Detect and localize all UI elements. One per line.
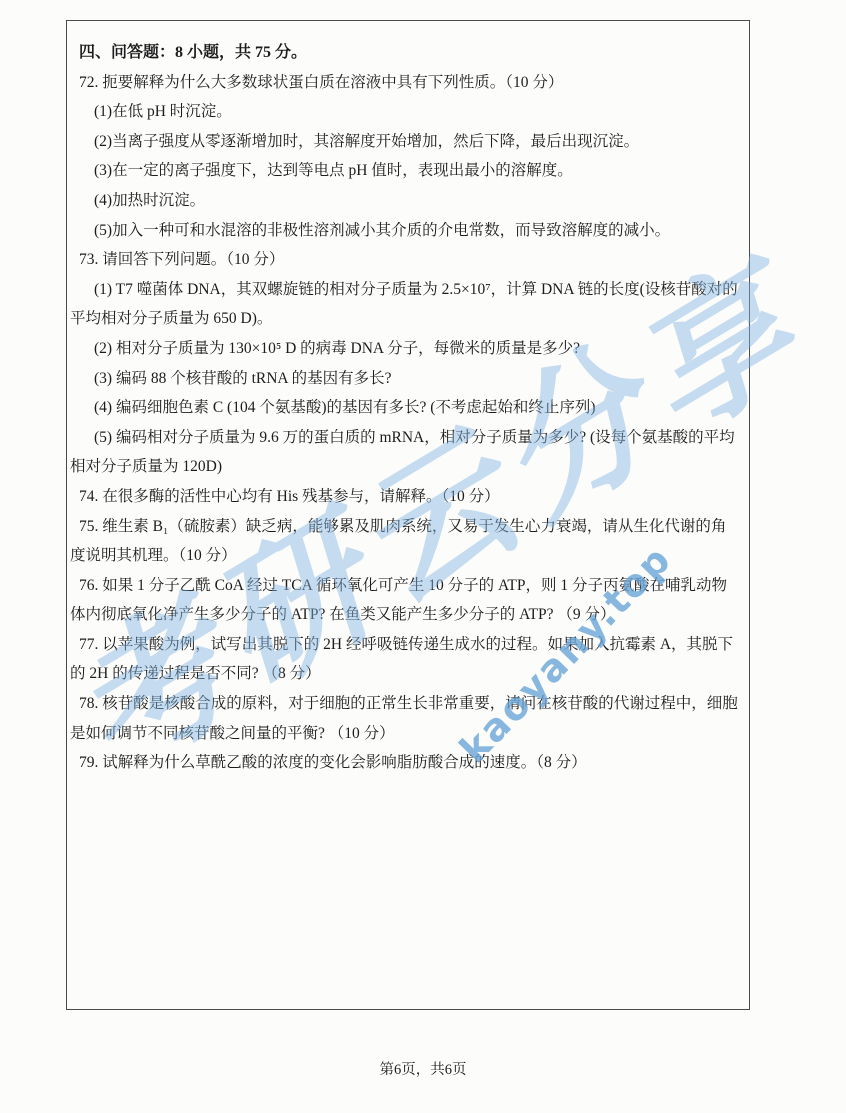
exam-paragraph: 76. 如果 1 分子乙酰 CoA 经过 TCA 循环氧化可产生 10 分子的 … [70, 571, 738, 630]
exam-paragraph: 73. 请回答下列问题。（10 分） [70, 245, 738, 275]
exam-paragraph: 79. 试解释为什么草酰乙酸的浓度的变化会影响脂肪酸合成的速度。（8 分） [70, 748, 738, 778]
exam-paragraph: (4)加热时沉淀。 [70, 186, 738, 216]
exam-paragraph: (2)当离子强度从零逐渐增加时，其溶解度开始增加，然后下降，最后出现沉淀。 [70, 127, 738, 157]
exam-paragraph: 78. 核苷酸是核酸合成的原料，对于细胞的正常生长非常重要，请问在核苷酸的代谢过… [70, 689, 738, 748]
exam-paragraph: (3) 编码 88 个核苷酸的 tRNA 的基因有多长? [70, 364, 738, 394]
exam-paragraph: (2) 相对分子质量为 130×10⁵ D 的病毒 DNA 分子，每微米的质量是… [70, 334, 738, 364]
exam-paragraph: (4) 编码细胞色素 C (104 个氨基酸)的基因有多长? (不考虑起始和终止… [70, 393, 738, 423]
exam-paragraph: 74. 在很多酶的活性中心均有 His 残基参与，请解释。（10 分） [70, 482, 738, 512]
document-content: 四、问答题：8 小题，共 75 分。72. 扼要解释为什么大多数球状蛋白质在溶液… [70, 38, 738, 778]
exam-paragraph: 75. 维生素 B₁（硫胺素）缺乏病，能够累及肌肉系统，又易于发生心力衰竭，请从… [70, 512, 738, 571]
exam-paragraph: (1) T7 噬菌体 DNA，其双螺旋链的相对分子质量为 2.5×10⁷，计算 … [70, 275, 738, 334]
exam-paragraph: 77. 以苹果酸为例，试写出其脱下的 2H 经呼吸链传递生成水的过程。如果加入抗… [70, 630, 738, 689]
exam-paragraph: (1)在低 pH 时沉淀。 [70, 97, 738, 127]
exam-paragraph: (5)加入一种可和水混溶的非极性溶剂减小其介质的介电常数，而导致溶解度的减小。 [70, 216, 738, 246]
section-header: 四、问答题：8 小题，共 75 分。 [70, 38, 738, 68]
exam-paragraph: 72. 扼要解释为什么大多数球状蛋白质在溶液中具有下列性质。（10 分） [70, 68, 738, 98]
exam-paragraph: (5) 编码相对分子质量为 9.6 万的蛋白质的 mRNA，相对分子质量为多少?… [70, 423, 738, 482]
exam-paragraph: (3)在一定的离子强度下，达到等电点 pH 值时，表现出最小的溶解度。 [70, 156, 738, 186]
page-footer: 第6页，共6页 [0, 1060, 846, 1080]
